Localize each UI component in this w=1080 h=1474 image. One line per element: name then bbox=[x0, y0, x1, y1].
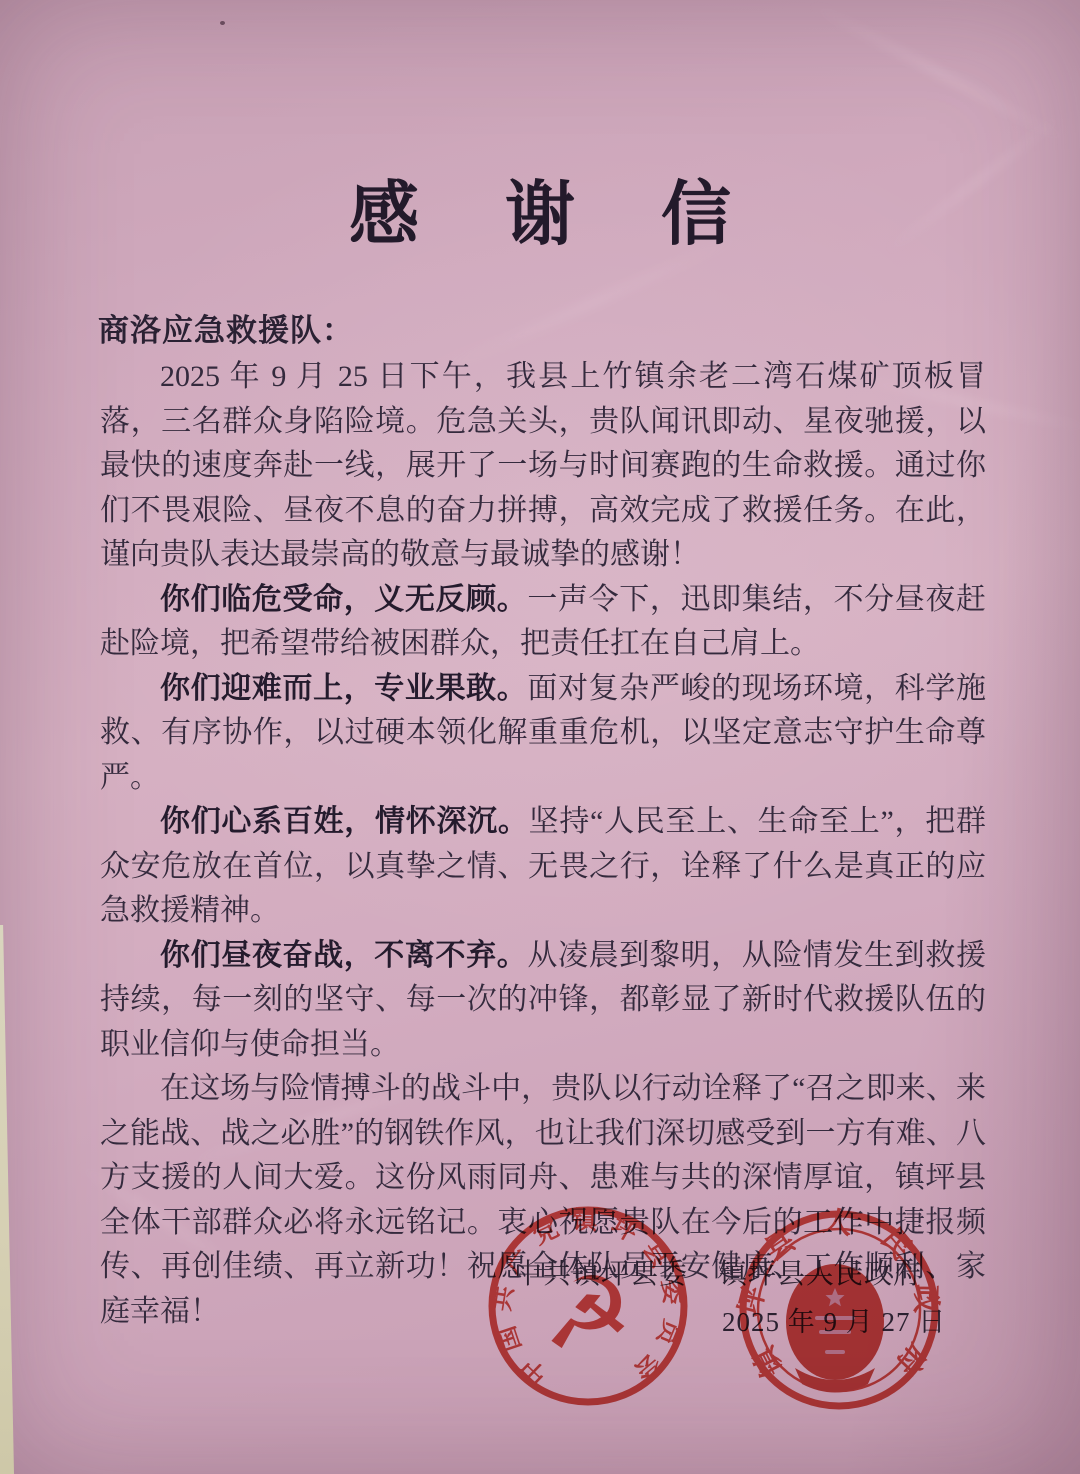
paper-edge bbox=[0, 925, 14, 1474]
paragraph: 你们心系百姓，情怀深沉。坚持“人民至上、生命至上”，把群众安危放在首位，以真挚之… bbox=[100, 800, 986, 934]
national-emblem-icon bbox=[786, 1264, 884, 1393]
paragraph: 2025 年 9 月 25 日下午，我县上竹镇余老二湾石煤矿顶板冒落，三名群众身… bbox=[100, 355, 986, 578]
dust-speck bbox=[220, 21, 225, 25]
thank-you-letter-photo: 感谢信 商洛应急救援队： 2025 年 9 月 25 日下午，我县上竹镇余老二湾… bbox=[0, 0, 1080, 1474]
party-committee-seal: 中国共产党镇坪县委员会 ☭ bbox=[478, 1196, 698, 1416]
salutation: 商洛应急救援队： bbox=[98, 305, 354, 350]
paragraph-lead: 你们临危受命，义无反顾。 bbox=[160, 583, 527, 616]
government-seal: 镇坪县人民政府 bbox=[729, 1200, 949, 1420]
paragraph: 你们迎难而上，专业果敢。面对复杂严峻的现场环境，科学施救、有序协作，以过硬本领化… bbox=[100, 667, 986, 801]
paragraph-lead: 你们迎难而上，专业果敢。 bbox=[160, 672, 527, 705]
letter-body: 2025 年 9 月 25 日下午，我县上竹镇余老二湾石煤矿顶板冒落，三名群众身… bbox=[100, 355, 986, 1334]
paper-crease bbox=[806, 0, 1074, 147]
paragraph-lead: 你们昼夜奋战，不离不弃。 bbox=[160, 939, 527, 972]
hammer-sickle-icon: ☭ bbox=[543, 1255, 633, 1372]
paragraph: 你们昼夜奋战，不离不弃。从凌晨到黎明，从险情发生到救援持续，每一刻的坚守、每一次… bbox=[100, 934, 986, 1068]
paragraph-lead: 你们心系百姓，情怀深沉。 bbox=[160, 805, 529, 838]
letter-title: 感谢信 bbox=[0, 158, 1080, 259]
paragraph: 你们临危受命，义无反顾。一声令下，迅即集结，不分昼夜赶赴险境，把希望带给被困群众… bbox=[100, 578, 986, 667]
paragraph-text: 2025 年 9 月 25 日下午，我县上竹镇余老二湾石煤矿顶板冒落，三名群众身… bbox=[100, 360, 986, 571]
